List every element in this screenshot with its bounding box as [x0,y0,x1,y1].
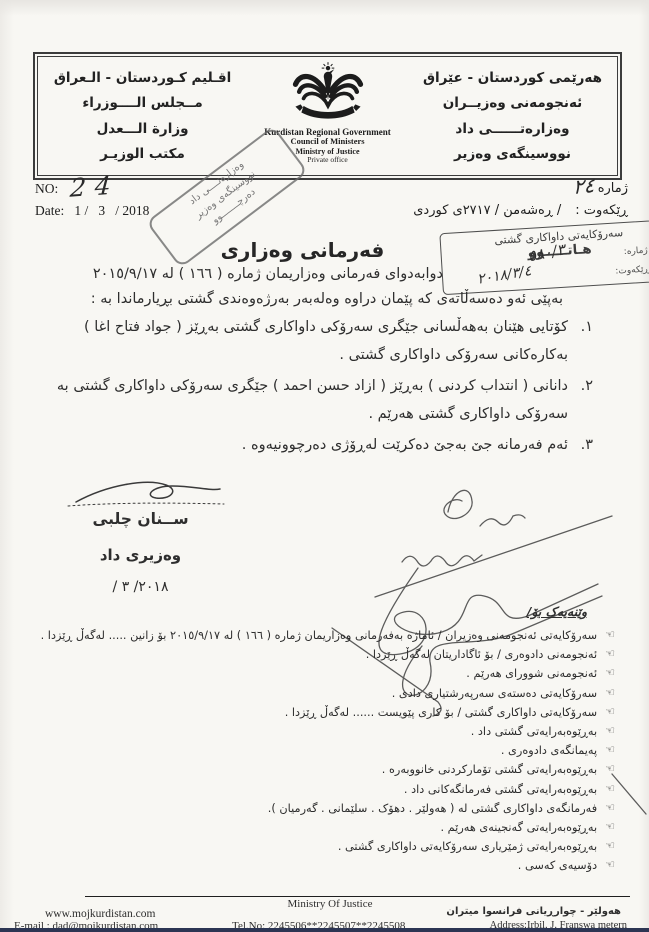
order-item-text: ئەم فەرمانە جێ بەجێ دەکرێت لەڕۆژی دەرچوو… [242,431,568,459]
distribution-list: ☜سەرۆکایەتی ئەنجومەنی وەزیران / ئاماژە ب… [41,629,615,878]
distribution-item-text: فەرمانگەی داواکاری گشتی لە ( هەولێر . ده… [268,802,597,815]
pointing-hand-icon: ☜ [605,821,615,833]
distribution-item: ☜سەرۆکایەتی دەستەی سەرپەرشتیاری دادی . [41,687,615,700]
distribution-item: ☜بەڕێوەبەرایەتی گشتی تۆمارکردنی خانووبەر… [41,763,615,776]
order-item-number: ٢. [577,372,593,428]
letterhead-box: اقـليم كـوردستان - الـعراق مــجلس الــــ… [33,52,622,180]
distribution-item: ☜فەرمانگەی داواکاری گشتی لە ( هەولێر . د… [41,802,615,815]
distribution-item: ☜سەرۆکایەتی ئەنجومەنی وەزیران / ئاماژە ب… [41,629,615,642]
no-value-handwritten: 24 [69,170,121,203]
pointing-hand-icon: ☜ [605,840,615,852]
distribution-item-text: سەرۆکایەتی داواکاری گشتی / بۆ کاری پێویس… [285,706,597,719]
incoming-receipt-stamp: سەرۆکایەتی داواکاری گشتی هـاتـــــوو ژما… [439,219,649,295]
distribution-item-text: بەڕێوەبەرایەتی گشتی تۆمارکردنی خانووبەرە… [382,763,597,776]
order-item-text: کۆتایی هێنان بەهەڵسانی جێگری سەرۆکی داوا… [33,313,568,369]
pointing-hand-icon: ☜ [605,725,615,737]
signature-date: ٢٠١٨/ ٣ / [68,579,213,595]
distribution-item: ☜پەیمانگەی دادوەری . [41,744,615,757]
pointing-hand-icon: ☜ [605,706,615,718]
letterhead-inner-border: اقـليم كـوردستان - الـعراق مــجلس الــــ… [37,56,618,176]
footer-address-kurdish: هەولێر - چوارڕیانی فرانسوا میتران [446,906,621,917]
distribution-item: ☜بەڕێوەبەرایەتی گشتی فەرمانگەکانی داد . [41,783,615,796]
pointing-hand-icon: ☜ [605,667,615,679]
order-item-text: دانانی ( انتداب کردنی ) بەڕێز ( ازاد حسن… [33,372,568,428]
pointing-hand-icon: ☜ [605,687,615,699]
minister-signature-icon [62,476,232,512]
order-item: ١. کۆتایی هێنان بەهەڵسانی جێگری سەرۆکی د… [33,313,593,369]
pointing-hand-icon: ☜ [605,802,615,814]
in-stamp-date-label: ڕێکەوت: [615,265,649,277]
in-stamp-date-handwritten: ٢٠١٨/٣/٤ [476,263,532,288]
order-item-number: ١. [577,313,593,369]
english-council-line: Council of Ministers [290,137,364,147]
distribution-item: ☜دۆسیەی کەسی . [41,859,615,872]
distribution-item-text: سەرۆکایەتی دەستەی سەرپەرشتیاری دادی . [392,687,597,700]
order-item: ٢. دانانی ( انتداب کردنی ) بەڕێز ( ازاد … [33,372,593,428]
signatory-title: وەزیری داد [68,546,213,564]
letterhead-kurdish-column: هەرێمی کوردستان - عێراق ئەنجومەنی وەزیــ… [408,57,617,175]
english-office-line: Private office [307,156,347,165]
kurdish-council-line: ئەنجومەنی وەزیــران [412,95,613,111]
distribution-item: ☜ئەنجومەنی شوورای هەرێم . [41,667,615,680]
arabic-region-line: اقـليم كـوردستان - الـعراق [42,70,243,86]
order-items-list: ١. کۆتایی هێنان بەهەڵسانی جێگری سەرۆکی د… [33,313,593,462]
kurdish-region-line: هەرێمی کوردستان - عێراق [412,70,613,86]
scanned-ministerial-order-document: اقـليم كـوردستان - الـعراق مــجلس الــــ… [0,0,649,932]
distribution-item: ☜بەڕێوەبەرایەتی گشتی داد . [41,725,615,738]
distribution-item-text: سەرۆکایەتی ئەنجومەنی وەزیران / ئاماژە بە… [41,629,598,642]
distribution-item-text: دۆسیەی کەسی . [518,859,597,872]
distribution-label: وێنەیەک بۆ/ [527,604,587,619]
distribution-item-text: بەڕێوەبەرایەتی ژمێریاری سەرۆکایەتی داواک… [338,840,597,853]
kurdish-date-value: / ڕەشەمن / ٢٧١٧ی کوردی [413,203,561,218]
arabic-ministry-line: وزارة الـــعدل [42,121,243,137]
distribution-item-text: بەڕێوەبەرایەتی گشتی داد . [471,725,597,738]
kurdish-ministry-line: وەزارەتــــــی داد [412,121,613,137]
number-value-handwritten: ٢٤ [572,173,594,199]
distribution-item: ☜سەرۆکایەتی داواکاری گشتی / بۆ کاری پێوی… [41,706,615,719]
distribution-item-text: بەڕێوەبەرایەتی گشتی فەرمانگەکانی داد . [404,783,597,796]
pointing-hand-icon: ☜ [605,783,615,795]
pointing-hand-icon: ☜ [605,648,615,660]
arabic-council-line: مــجلس الــــوزراء [42,95,243,111]
distribution-item-text: ئەنجومەنی شوورای هەرێم . [466,667,597,680]
kurdistan-emblem-icon [291,61,365,127]
date-label-row: Date: 1 / 3 / 2018 [35,203,149,219]
body-reference-line: دوابەدوای فەرمانی وەزاریمان ژمارە ( ١٦٦ … [93,266,443,282]
order-item: ٣. ئەم فەرمانە جێ بەجێ دەکرێت لەڕۆژی دەر… [33,431,593,459]
scan-bottom-edge [0,928,649,932]
distribution-item-text: بەڕێوەبەرایەتی گەنجینەی هەرێم . [440,821,597,834]
pointing-hand-icon: ☜ [605,763,615,775]
pointing-hand-icon: ☜ [605,629,615,641]
in-stamp-number-label: ژمارە: [623,246,648,257]
order-item-number: ٣. [577,431,593,459]
distribution-item: ☜ئەنجومەنی دادوەری / بۆ ئاگاداریتان لەگە… [41,648,615,661]
distribution-item-text: ئەنجومەنی دادوەری / بۆ ئاگاداریتان لەگەڵ… [366,648,597,661]
footer-divider [85,896,630,897]
no-label: NO: [35,181,58,197]
number-label: ژمارە : [589,181,628,196]
pointing-hand-icon: ☜ [605,744,615,756]
footer-ministry-title: Ministry Of Justice [240,898,420,910]
body-authority-line: بەپێی ئەو دەسەڵاتەی کە پێمان دراوە وەلەب… [91,291,563,307]
letterhead-arabic-column: اقـليم كـوردستان - الـعراق مــجلس الــــ… [38,57,247,175]
kurdish-date-label: ڕێکەوت : [575,203,628,218]
footer-website: www.mojkurdistan.com [45,908,155,920]
kurdish-office-line: نووسینگەی وەزیر [412,146,613,162]
arabic-office-line: مكتب الوزيـر [42,146,243,162]
pointing-hand-icon: ☜ [605,859,615,871]
distribution-item: ☜بەڕێوەبەرایەتی ژمێریاری سەرۆکایەتی داوا… [41,840,615,853]
distribution-item: ☜بەڕێوەبەرایەتی گەنجینەی هەرێم . [41,821,615,834]
distribution-item-text: پەیمانگەی دادوەری . [501,744,597,757]
signatory-name: ســنان چلبی [68,510,213,528]
